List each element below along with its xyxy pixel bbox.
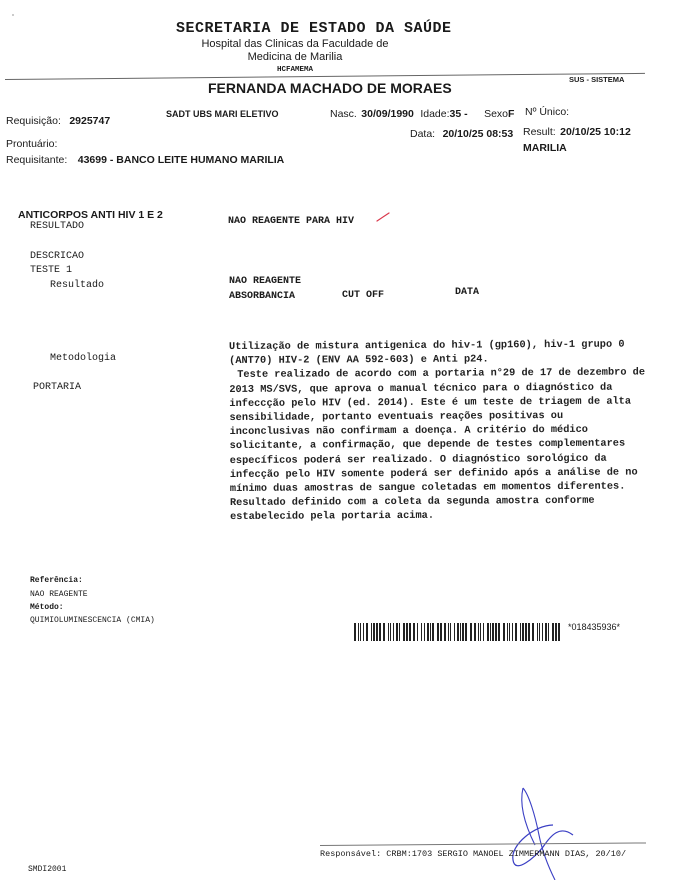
metodologia-text: Utilização de mistura antigenica do hiv-… [229,337,649,368]
metodo-value: QUIMIOLUMINESCENCIA (CMIA) [30,616,155,625]
signature-icon [495,785,595,880]
referencia-label: Referência: [30,576,83,585]
result-value: 20/10/25 10:12 [560,126,631,138]
origin-unit: SADT UBS MARI ELETIVO [166,109,279,119]
teste-label: TESTE 1 [30,265,72,276]
idade-value: 35 - [450,108,468,120]
header-title: SECRETARIA DE ESTADO DA SAÚDE [176,20,452,37]
data-value: 20/10/25 08:53 [443,128,514,140]
responsible-signature-text: Responsável: CRBM:1703 SERGIO MANOEL ZIM… [320,849,626,859]
system-label: SUS - SISTEMA [569,75,624,84]
hospital-name-line1: Hospital das Clinicas da Faculdade de [0,38,590,50]
portaria-text: Teste realizado de acordo com a portaria… [229,366,650,525]
form-code: SMDI2001 [28,865,66,874]
nasc-label: Nasc. [330,108,357,120]
metodologia-label: Metodologia [50,353,116,364]
hospital-name-line2: Medicina de Marilia [0,51,590,63]
requisitante-field: Requisitante: 43699 - BANCO LEITE HUMANO… [6,150,284,168]
requisicao-value: 2925747 [69,115,110,127]
column-absorbancia: ABSORBANCIA [229,291,295,302]
result-date-field: Result: 20/10/25 10:12 [523,122,631,140]
result-label: Result: [523,126,556,138]
column-cut-off: CUT OFF [342,290,384,301]
descricao-label: DESCRICAO [30,251,84,262]
teste-resultado-value: NAO REAGENTE [229,276,301,287]
referencia-value: NAO REAGENTE [30,590,88,599]
sexo-label: Sexo [484,108,508,120]
resultado-label: RESULTADO [30,221,84,232]
birth-info: Nasc. 30/09/1990 Idade:35 - SexoF [330,104,514,122]
city: MARILIA [523,142,567,154]
requisitante-label: Requisitante: [6,154,67,166]
check-mark-icon [376,212,390,222]
portaria-label: PORTARIA [33,382,81,393]
requisicao-field: Requisição: 2925747 [6,111,110,129]
data-field: Data: 20/10/25 08:53 [410,124,513,142]
signature-line [320,842,646,846]
patient-name: FERNANDA MACHADO DE MORAES [208,80,452,96]
scan-speck [12,14,14,16]
data-label: Data: [410,128,435,140]
teste-resultado-label: Resultado [50,280,104,291]
barcode [354,623,564,641]
metodo-label: Método: [30,603,64,612]
sexo-value: F [508,108,514,120]
exam-title: ANTICORPOS ANTI HIV 1 E 2 [18,209,163,221]
prontuario-label: Prontuário: [6,138,57,150]
column-data: DATA [455,287,479,298]
resultado-value: NAO REAGENTE PARA HIV [228,216,354,227]
hospital-short-name: HCFAMEMA [0,66,590,74]
requisicao-label: Requisição: [6,115,61,127]
requisitante-value: 43699 - BANCO LEITE HUMANO MARILIA [78,154,285,166]
idade-label: Idade: [420,108,449,120]
barcode-number: *018435936* [568,622,620,632]
numero-unico-field: Nº Único: [525,102,569,120]
nasc-value: 30/09/1990 [361,108,414,120]
numero-unico-label: Nº Único: [525,106,569,118]
methodology-text-block: Utilização de mistura antigenica do hiv-… [229,337,650,524]
